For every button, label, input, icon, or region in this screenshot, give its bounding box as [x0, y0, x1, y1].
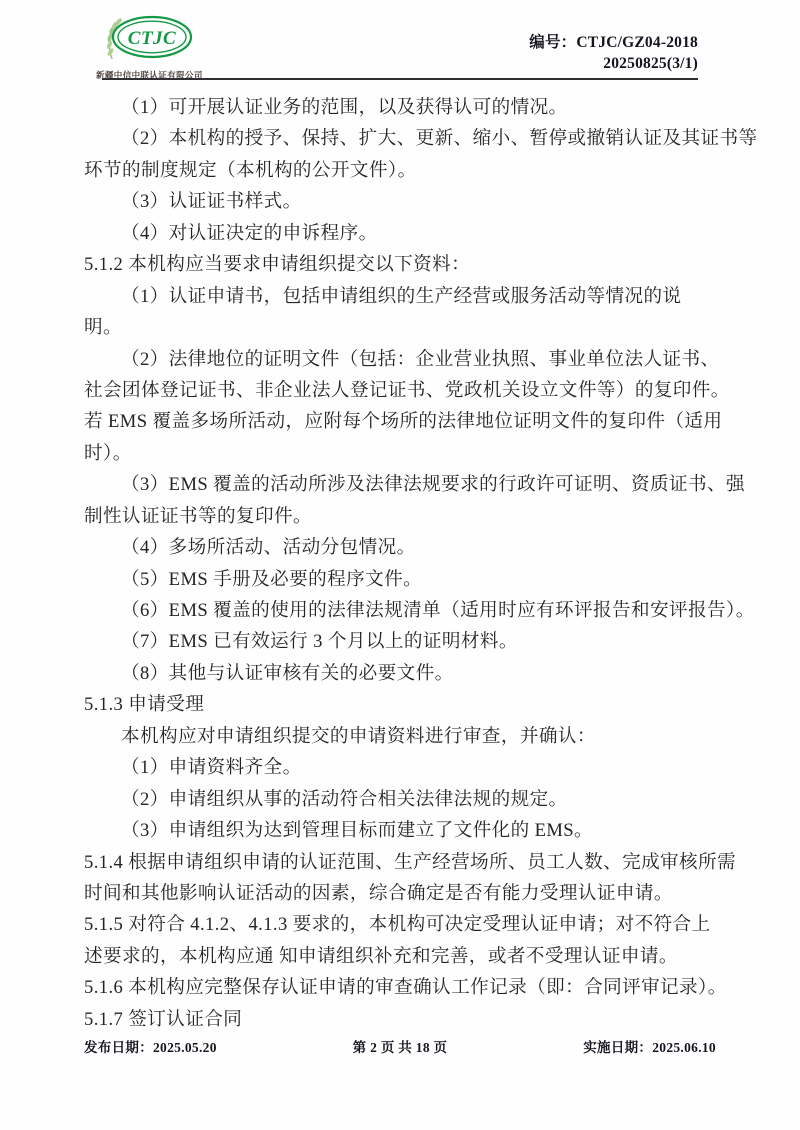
footer-implement-date: 实施日期：2025.06.10	[583, 1036, 716, 1056]
text-line: 明。	[84, 312, 744, 343]
text-line: 时）。	[84, 438, 744, 469]
document-page: CTJC 新疆中信中联认证有限公司 编号：CTJC/GZ04-2018 2025…	[0, 0, 800, 1130]
header-rule	[102, 78, 698, 80]
text-line: （2）申请组织从事的活动符合相关法律法规的规定。	[84, 784, 744, 815]
doc-code-block: 编号：CTJC/GZ04-2018 20250825(3/1)	[529, 32, 698, 74]
text-line: 制性认证证书等的复印件。	[84, 501, 744, 532]
text-line: （3）EMS 覆盖的活动所涉及法律法规要求的行政许可证明、资质证书、强	[84, 469, 744, 500]
body-lines: （1）可开展认证业务的范围，以及获得认可的情况。（2）本机构的授予、保持、扩大、…	[84, 92, 744, 1035]
text-line: 5.1.5 对符合 4.1.2、4.1.3 要求的，本机构可决定受理认证申请；对…	[84, 909, 744, 940]
page-footer: 发布日期：2025.05.20 第 2 页 共 18 页 实施日期：2025.0…	[84, 1036, 716, 1056]
text-line: 5.1.3 申请受理	[84, 689, 744, 720]
text-line: 时间和其他影响认证活动的因素，综合确定是否有能力受理认证申请。	[84, 878, 744, 909]
text-line: 环节的制度规定（本机构的公开文件）。	[84, 155, 744, 186]
text-line: 本机构应对申请组织提交的申请资料进行审查，并确认：	[84, 721, 744, 752]
text-line: （4）对认证决定的申诉程序。	[84, 218, 744, 249]
text-line: （3）申请组织为达到管理目标而建立了文件化的 EMS。	[84, 815, 744, 846]
text-line: 5.1.6 本机构应完整保存认证申请的审查确认工作记录（即：合同评审记录）。	[84, 972, 744, 1003]
text-line: 5.1.7 签订认证合同	[84, 1004, 744, 1035]
text-line: （7）EMS 已有效运行 3 个月以上的证明材料。	[84, 626, 744, 657]
text-line: 5.1.4 根据申请组织申请的认证范围、生产经营场所、员工人数、完成审核所需	[84, 847, 744, 878]
text-line: （6）EMS 覆盖的使用的法律法规清单（适用时应有环评报告和安评报告）。	[84, 595, 744, 626]
text-line: （1）申请资料齐全。	[84, 752, 744, 783]
text-line: 若 EMS 覆盖多场所活动，应附每个场所的法律地位证明文件的复印件（适用	[84, 406, 744, 437]
text-line: 述要求的，本机构应通 知申请组织补充和完善，或者不受理认证申请。	[84, 941, 744, 972]
text-line: （1）认证申请书，包括申请组织的生产经营或服务活动等情况的说	[84, 281, 744, 312]
text-line: （5）EMS 手册及必要的程序文件。	[84, 564, 744, 595]
logo: CTJC 新疆中信中联认证有限公司	[96, 14, 200, 81]
text-line: 5.1.2 本机构应当要求申请组织提交以下资料：	[84, 249, 744, 280]
text-line: （2）本机构的授予、保持、扩大、更新、缩小、暂停或撤销认证及其证书等	[84, 123, 744, 154]
ctjc-logo-icon: CTJC	[96, 14, 200, 62]
logo-text: CTJC	[128, 28, 176, 49]
text-line: （8）其他与认证审核有关的必要文件。	[84, 658, 744, 689]
footer-release-date: 发布日期：2025.05.20	[84, 1036, 217, 1056]
footer-page-number: 第 2 页 共 18 页	[353, 1036, 448, 1056]
text-line: （4）多场所活动、活动分包情况。	[84, 532, 744, 563]
text-line: （3）认证证书样式。	[84, 186, 744, 217]
text-line: 社会团体登记证书、非企业法人登记证书、党政机关设立文件等）的复印件。	[84, 375, 744, 406]
text-line: （2）法律地位的证明文件（包括：企业营业执照、事业单位法人证书、	[84, 344, 744, 375]
doc-number: 编号：CTJC/GZ04-2018	[529, 32, 698, 53]
text-line: （1）可开展认证业务的范围，以及获得认可的情况。	[84, 92, 744, 123]
doc-version: 20250825(3/1)	[529, 53, 698, 74]
